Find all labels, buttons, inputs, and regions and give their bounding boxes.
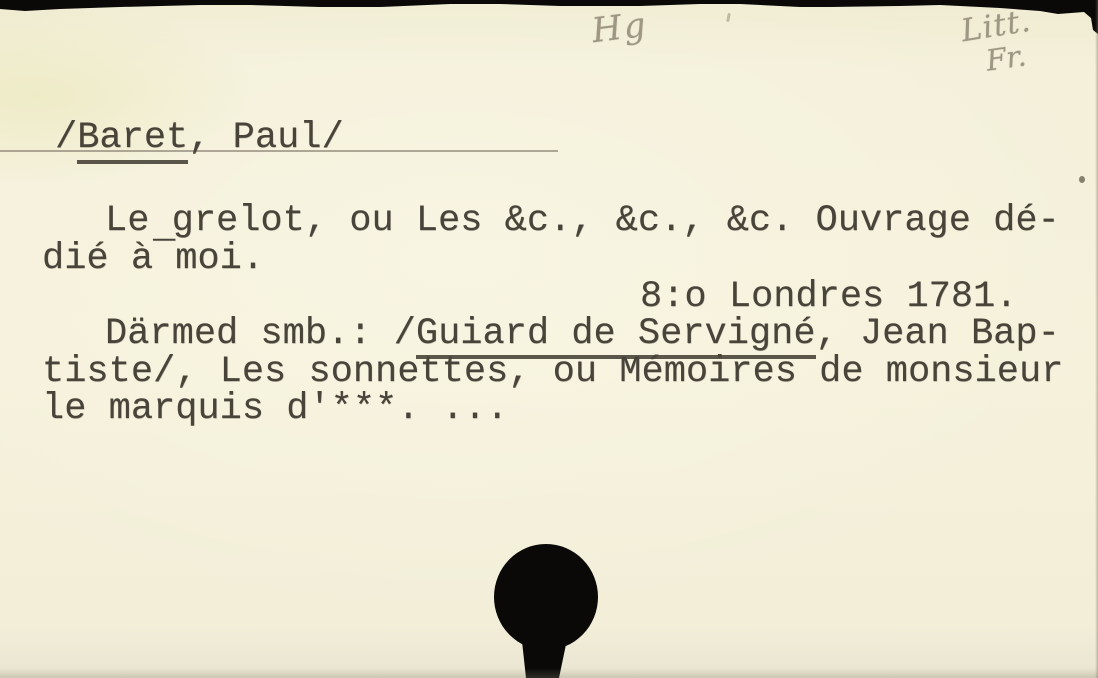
title-line-2: dié à¯moi. [42, 241, 264, 278]
scan-top-edge [0, 0, 1098, 40]
heading-prefix: / [55, 117, 77, 159]
heading-suffix: , Paul/ [188, 117, 343, 159]
note-suffix: , Jean Bap- [816, 313, 1060, 355]
ink-speck [1079, 176, 1085, 183]
author-surname: Baret [77, 117, 188, 164]
note-line-3: le marquis d'***. ... [42, 391, 508, 428]
note-line-2: tiste/, Les sonnettes, ou Mémoires de mo… [42, 354, 1063, 391]
imprint-line: 8:o Londres 1781. [640, 279, 1017, 316]
note-prefix: Därmed smb.: / [105, 313, 416, 355]
title-line-1: Le grelot, ou Les &c., &c., &c. Ouvrage … [105, 203, 1060, 240]
heading-author: /Baret, Paul/ [55, 120, 344, 157]
note-line-1: Därmed smb.: /Guiard de Servigné, Jean B… [105, 316, 1060, 353]
handwritten-shelf-mark: Hg [590, 5, 650, 51]
handwritten-classification-line2: Fr. [984, 38, 1028, 77]
catalog-card: Hg Litt. Fr. /Baret, Paul/ Le grelot, ou… [0, 0, 1098, 678]
stray-pencil-mark [726, 13, 731, 22]
scan-bottom-edge [0, 668, 1098, 678]
